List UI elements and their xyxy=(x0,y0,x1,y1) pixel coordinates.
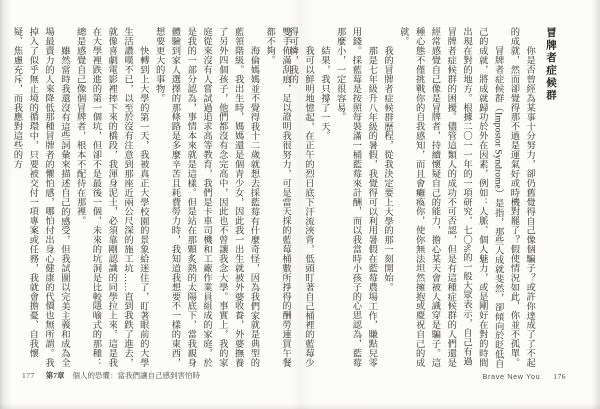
page-left: 雙手佈滿刮痕，足以證明我很努力，可是當天採的藍莓桶數所掙得的酬勞連買午餐都不夠。… xyxy=(0,0,300,409)
right-page-footer: Brave New You176 xyxy=(483,372,566,381)
paragraph: 海倫媽媽並不覺得我十二歲就想去採藍莓有什麼奇怪，因為我們家就是典型的藍領階級。我… xyxy=(150,27,261,368)
book-spread: 雙手佈滿刮痕，足以證明我很努力，可是當天採的藍莓桶數所掙得的酬勞連買午餐都不夠。… xyxy=(0,0,600,409)
page-number: 177 xyxy=(22,371,35,380)
section-heading: 冒牌者症候群 xyxy=(542,27,558,368)
paragraph: 結果，我只撐了一天。 xyxy=(315,27,331,368)
chapter-title: 個人的恐懼：當我們讓自己感到害怕時 xyxy=(73,371,201,380)
chapter-label: 第7章 xyxy=(46,371,65,380)
page-number: 176 xyxy=(553,372,566,381)
left-page-footer: 177第7章個人的恐懼：當我們讓自己感到害怕時 xyxy=(22,370,200,381)
paragraph: 你是否曾經為某事十分努力，卻仍舊覺得自己像個騙子？或許你達成了了不起的成就，然而… xyxy=(505,27,537,368)
paragraph: 雖然當時我還沒有這些詞彙來描述自己的感受，但我試圖以完美主義和成為全場最賣力的人… xyxy=(8,27,71,368)
page-right: 冒牌者症候群 你是否曾經為某事十分努力，卻仍舊覺得自己像個騙子？或許你達成了了不… xyxy=(300,0,600,409)
book-title: Brave New You xyxy=(483,372,541,381)
paragraph: 冒牌者症候群（Impostor Syndrome）是指，那些人成就斐然，卻傾向於… xyxy=(394,27,505,368)
paragraph: 快轉到上大學的第一天，我被真正大學校園的景象給迷住了，盯著眼前的大學生活讚嘆不已… xyxy=(71,27,150,368)
left-page-body: 雙手佈滿刮痕，足以證明我很努力，可是當天採的藍莓桶數所掙得的酬勞連買午餐都不夠。… xyxy=(8,27,292,368)
paragraph: 那是七年級升八年級的暑假，我覺得可以利用暑假在藍莓農場工作，賺點兒零用錢。採藍莓… xyxy=(331,27,378,368)
paragraph: 我的冒牌者症候群歷程，從我決定要上大學的那一刻開始。 xyxy=(378,27,394,368)
paragraph: 我可以鮮明地憶起，在正午的烈日底下汗流浹背，低頭盯著自己桶裡的藍莓少得可憐，我的 xyxy=(283,27,315,368)
right-page-body: 冒牌者症候群 你是否曾經為某事十分努力，卻仍舊覺得自己像個騙子？或許你達成了了不… xyxy=(283,27,558,368)
